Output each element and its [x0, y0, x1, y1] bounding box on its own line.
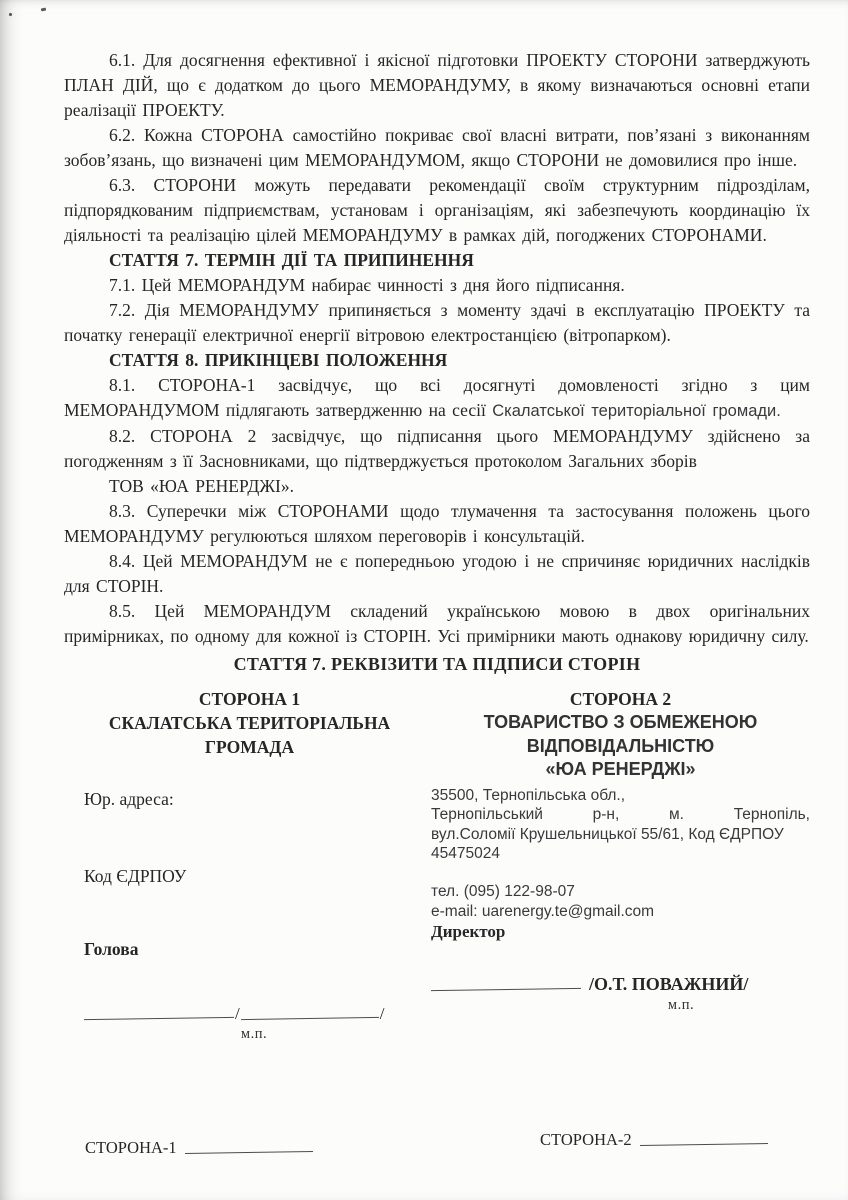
party2-address-line2: Тернопільський р-н, м. Тернопіль, [431, 805, 810, 825]
paragraph-7-1: 7.1. Цей МЕМОРАНДУМ набирає чинності з д… [64, 273, 810, 298]
footer-party1-signature: СТОРОНА-1 [85, 1138, 313, 1158]
signature-blank-line [431, 987, 581, 990]
party2-name-line2: ВІДПОВІДАЛЬНІСТЮ [431, 735, 810, 759]
signature-blank-line [241, 1017, 379, 1020]
signature-blank-line [185, 1151, 313, 1154]
paragraph-8-2: 8.2. СТОРОНА 2 засвідчує, що підписання … [64, 424, 810, 474]
party2-phone: тел. (095) 122-98-07 [431, 882, 810, 902]
paragraph-8-3: 8.3. Суперечки між СТОРОНАМИ щодо тлумач… [64, 499, 810, 549]
party1-name-line1: СКАЛАТСЬКА ТЕРИТОРІАЛЬНА [84, 711, 415, 735]
footer-party2-signature: СТОРОНА-2 [540, 1130, 768, 1150]
paragraph-8-4: 8.4. Цей МЕМОРАНДУМ не є попередньою уго… [64, 549, 810, 599]
party2-column: СТОРОНА 2 ТОВАРИСТВО З ОБМЕЖЕНОЮ ВІДПОВІ… [431, 687, 810, 1043]
party1-name-line2: ГРОМАДА [84, 735, 415, 759]
party2-name-line1: ТОВАРИСТВО З ОБМЕЖЕНОЮ [431, 711, 810, 735]
scanned-page: 6.1. Для досягнення ефективної і якісної… [0, 0, 848, 1200]
party1-column: СТОРОНА 1 СКАЛАТСЬКА ТЕРИТОРІАЛЬНА ГРОМА… [84, 687, 415, 1043]
party1-signer-title: Голова [84, 939, 415, 960]
paragraph-6-2: 6.2. Кожна СТОРОНА самостійно покриває с… [64, 123, 810, 173]
paragraph-6-1: 6.1. Для досягнення ефективної і якісної… [64, 48, 810, 123]
signature-columns: СТОРОНА 1 СКАЛАТСЬКА ТЕРИТОРІАЛЬНА ГРОМА… [64, 687, 810, 1043]
party2-signer-title: Директор [431, 922, 810, 942]
party2-address: 35500, Тернопільська обл., Тернопільськи… [431, 786, 810, 864]
party2-signature-line: /О.Т. ПОВАЖНИЙ/ [431, 974, 810, 995]
party1-seal-mark: м.п. [84, 1026, 384, 1043]
paragraph-8-2-company: ТОВ «ЮА РЕНЕРДЖІ». [64, 474, 810, 499]
footer-party1-label: СТОРОНА-1 [85, 1138, 177, 1157]
party2-seal-mark: м.п. [561, 997, 801, 1014]
party1-address-label: Юр. адреса: [84, 789, 415, 810]
party2-address-line1: 35500, Тернопільська обл., [431, 786, 810, 806]
party2-signer-name: /О.Т. ПОВАЖНИЙ/ [589, 974, 748, 994]
paragraph-8-1: 8.1. СТОРОНА-1 засвідчує, що всі досягну… [64, 373, 810, 424]
party1-title: СТОРОНА 1 [84, 687, 415, 711]
party1-signature-line: // [84, 1004, 415, 1024]
slash-separator: / [234, 1004, 241, 1023]
article-7-heading: СТАТТЯ 7. ТЕРМІН ДІЇ ТА ПРИПИНЕННЯ [64, 248, 810, 273]
paragraph-6-3: 6.3. СТОРОНИ можуть передавати рекоменда… [64, 173, 810, 248]
signature-blank-line [84, 1017, 234, 1020]
paragraph-7-2: 7.2. Дія МЕМОРАНДУМУ припиняється з моме… [64, 298, 810, 348]
party1-edrpou-label: Код ЄДРПОУ [84, 866, 415, 887]
party2-title: СТОРОНА 2 [431, 687, 810, 711]
party2-email: e-mail: uarenergy.te@gmail.com [431, 902, 810, 922]
slash-separator: / [379, 1004, 386, 1023]
party2-address-line3: вул.Соломії Крушельницької 55/61, Код ЄД… [431, 825, 810, 845]
signatures-heading: СТАТТЯ 7. РЕКВІЗИТИ ТА ПІДПИСИ СТОРІН [64, 654, 810, 675]
party2-address-line4: 45475024 [431, 844, 810, 864]
party2-name-line3: «ЮА РЕНЕРДЖІ» [431, 758, 810, 782]
paragraph-8-5: 8.5. Цей МЕМОРАНДУМ складений українсько… [64, 599, 810, 649]
party2-contacts: тел. (095) 122-98-07 e-mail: uarenergy.t… [431, 882, 810, 922]
signature-blank-line [640, 1143, 768, 1146]
footer-party2-label: СТОРОНА-2 [540, 1130, 632, 1149]
article-8-heading: СТАТТЯ 8. ПРИКІНЦЕВІ ПОЛОЖЕННЯ [64, 348, 810, 373]
document-body: 6.1. Для досягнення ефективної і якісної… [0, 0, 848, 1043]
paragraph-8-1-sans: Скалатської територіальної громади. [492, 402, 781, 420]
